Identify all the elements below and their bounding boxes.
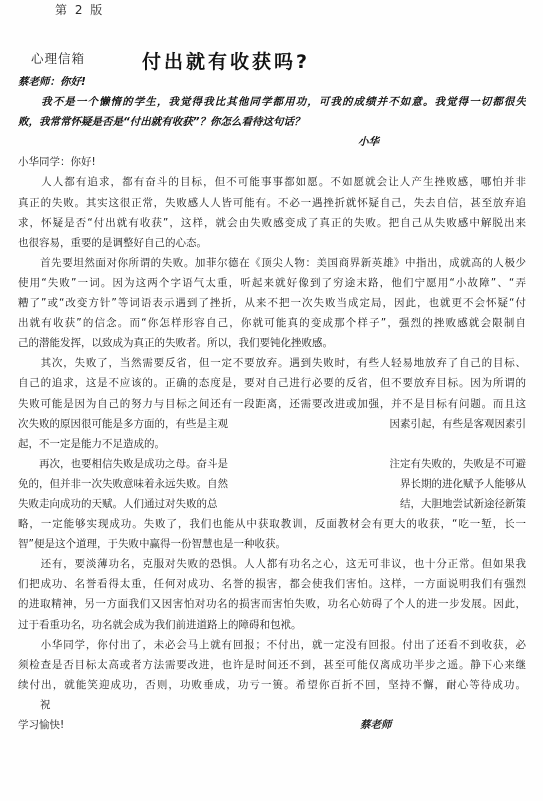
edition-label: 第 2 版 xyxy=(55,1,104,18)
text-line: 失败走向成功的天赋。人们通过对失败的总结，大胆地尝试新途径新策 xyxy=(18,494,526,514)
line-right-segment: 结，大胆地尝试新途径新策 xyxy=(400,494,526,514)
paragraph: 其次，失败了，当然需要反省，但一定不要放弃。遇到失败时，有些人轻易地放弃了自己的… xyxy=(18,353,526,453)
line-left-segment: 再次，也要相信失败是成功之母。奋斗是 xyxy=(18,454,228,474)
text-line: 的进取精神，另一方面我们又因害怕对功名的损害而害怕失败，功名心妨碍了个人的进一步… xyxy=(18,594,526,614)
text-line: 小华同学，你付出了，未必会马上就有回报；不付出，就一定没有回报。付出了还看不到收… xyxy=(18,635,526,655)
text-line: 人人都有追求，都有奋斗的目标，但不可能事事都如愿。不如愿就会让人产生挫败感，哪怕… xyxy=(18,172,526,192)
text-line: 真正的失败。其实这很正常，失败感人人皆可能有。不必一遇挫折就怀疑自己，失去自信，… xyxy=(18,193,526,213)
column-label: 心理信箱 xyxy=(31,49,85,67)
text-line: 己的潜能发挥，以致成为真正的失败者。所以，我们要钝化挫败感。 xyxy=(18,333,526,353)
text-line: 出就有收获”的信念。而“你怎样形容自己，你就可能真的变成那个样子”，强烈的挫败感… xyxy=(18,313,526,333)
text-line: 们把成功、名誉看得太重，任何对成功、名誉的损害，都会使我们害怕。这样，一方面说明… xyxy=(18,574,526,594)
text-line: 智”便是这个道理，于失败中赢得一份智慧也是一种收获。 xyxy=(18,534,526,554)
letter-signature: 小华 xyxy=(18,132,526,152)
text-line: 败，我常常怀疑是否是“付出就有收获”？你怎么看待这句话？ xyxy=(18,112,526,132)
line-right-segment: 注定有失败的，失败是不可避 xyxy=(390,454,527,474)
closing-row: 学习愉快! 蔡老师 xyxy=(18,715,526,735)
text-line: 失败可能是因为自己的努力与目标之间还有一段距离，还需要改进或加强，并不是目标有问… xyxy=(18,394,526,414)
closing-greeting: 学习愉快! xyxy=(18,719,64,731)
reply-body: 人人都有追求，都有奋斗的目标，但不可能事事都如愿。不如愿就会让人产生挫败感，哪怕… xyxy=(18,172,526,694)
text-line: 糟了”或“改变方针”等词语表示遇到了挫折，从来不把一次失败当成定局，因此，也就更… xyxy=(18,293,526,313)
text-line: 首先要坦然面对你所谓的失败。加菲尔德在《顶尖人物：美国商界新英雄》中指出，成就高… xyxy=(18,253,526,273)
text-line: 我不是一个懒惰的学生，我觉得我比其他同学都用功，可我的成绩并不如意。我觉得一切都… xyxy=(18,92,526,112)
text-line: 还有，要淡薄功名，克服对失败的恐惧。人人都有功名之心，这无可非议，也十分正常。但… xyxy=(18,554,526,574)
line-right-segment: 因素引起，有些是客观因素引 xyxy=(390,414,527,434)
line-left-segment: 失败走向成功的天赋。人们通过对失败的总 xyxy=(18,494,218,514)
text-line: 免的，但并非一次失败意味着永远失败。自然界长期的进化赋予人能够从 xyxy=(18,474,526,494)
text-line: 起，不一定是能力不足造成的。 xyxy=(18,434,526,454)
article-title: 付出就有收获吗? xyxy=(142,47,310,74)
line-right-segment: 界长期的进化赋予人能够从 xyxy=(400,474,526,494)
text-line: 自己的追求，这是不应该的。正确的态度是，要对自己进行必要的反省，但不要放弃目标。… xyxy=(18,373,526,393)
text-line: 续付出，就能笑迎成功，否则，功败垂成，功亏一篑。希望你百折不回，坚持不懈，耐心等… xyxy=(18,675,526,695)
text-line: 再次，也要相信失败是成功之母。奋斗是注定有失败的，失败是不可避 xyxy=(18,454,526,474)
text-line: 须检查是否目标太高或者方法需要改进，也许是时间还不到，甚至可能仅离成功半步之遥。… xyxy=(18,655,526,675)
closing-wish: 祝 xyxy=(18,695,526,715)
text-line: 略，一定能够实现成功。失败了，我们也能从中获取教训，反面教材会有更大的收获，“吃… xyxy=(18,514,526,534)
article-content: 蔡老师：你好! 我不是一个懒惰的学生，我觉得我比其他同学都用功，可我的成绩并不如… xyxy=(18,72,526,735)
reply-salutation: 小华同学：你好! xyxy=(18,152,526,172)
teacher-signature: 蔡老师 xyxy=(360,715,392,735)
letter-salutation: 蔡老师：你好! xyxy=(18,72,526,92)
text-line: 过于看重功名，功名就会成为我们前进道路上的障碍和包袱。 xyxy=(18,615,526,635)
paragraph: 人人都有追求，都有奋斗的目标，但不可能事事都如愿。不如愿就会让人产生挫败感，哪怕… xyxy=(18,172,526,252)
letter-body: 我不是一个懒惰的学生，我觉得我比其他同学都用功，可我的成绩并不如意。我觉得一切都… xyxy=(18,92,526,132)
line-left-segment: 免的，但并非一次失败意味着永远失败。自然 xyxy=(18,474,228,494)
newspaper-page: 第 2 版 心理信箱 付出就有收获吗? 蔡老师：你好! 我不是一个懒惰的学生，我… xyxy=(0,0,543,801)
text-line: 使用“失败”一词。因为这两个字语气太重，听起来就好像到了穷途末路，他们宁愿用“小… xyxy=(18,273,526,293)
paragraph: 还有，要淡薄功名，克服对失败的恐惧。人人都有功名之心，这无可非议，也十分正常。但… xyxy=(18,554,526,634)
paragraph: 小华同学，你付出了，未必会马上就有回报；不付出，就一定没有回报。付出了还看不到收… xyxy=(18,635,526,695)
paragraph: 再次，也要相信失败是成功之母。奋斗是注定有失败的，失败是不可避免的，但并非一次失… xyxy=(18,454,526,554)
text-line: 次失败的原因很可能是多方面的，有些是主观因素引起，有些是客观因素引 xyxy=(18,414,526,434)
text-line: 求，怀疑是否“付出就有收获”，这样，就会由失败感变成了真正的失败。把自己从失败感… xyxy=(18,213,526,233)
paragraph: 首先要坦然面对你所谓的失败。加菲尔德在《顶尖人物：美国商界新英雄》中指出，成就高… xyxy=(18,253,526,353)
text-line: 其次，失败了，当然需要反省，但一定不要放弃。遇到失败时，有些人轻易地放弃了自己的… xyxy=(18,353,526,373)
line-left-segment: 次失败的原因很可能是多方面的，有些是主观 xyxy=(18,414,228,434)
text-line: 也很容易，重要的是调整好自己的心态。 xyxy=(18,233,526,253)
